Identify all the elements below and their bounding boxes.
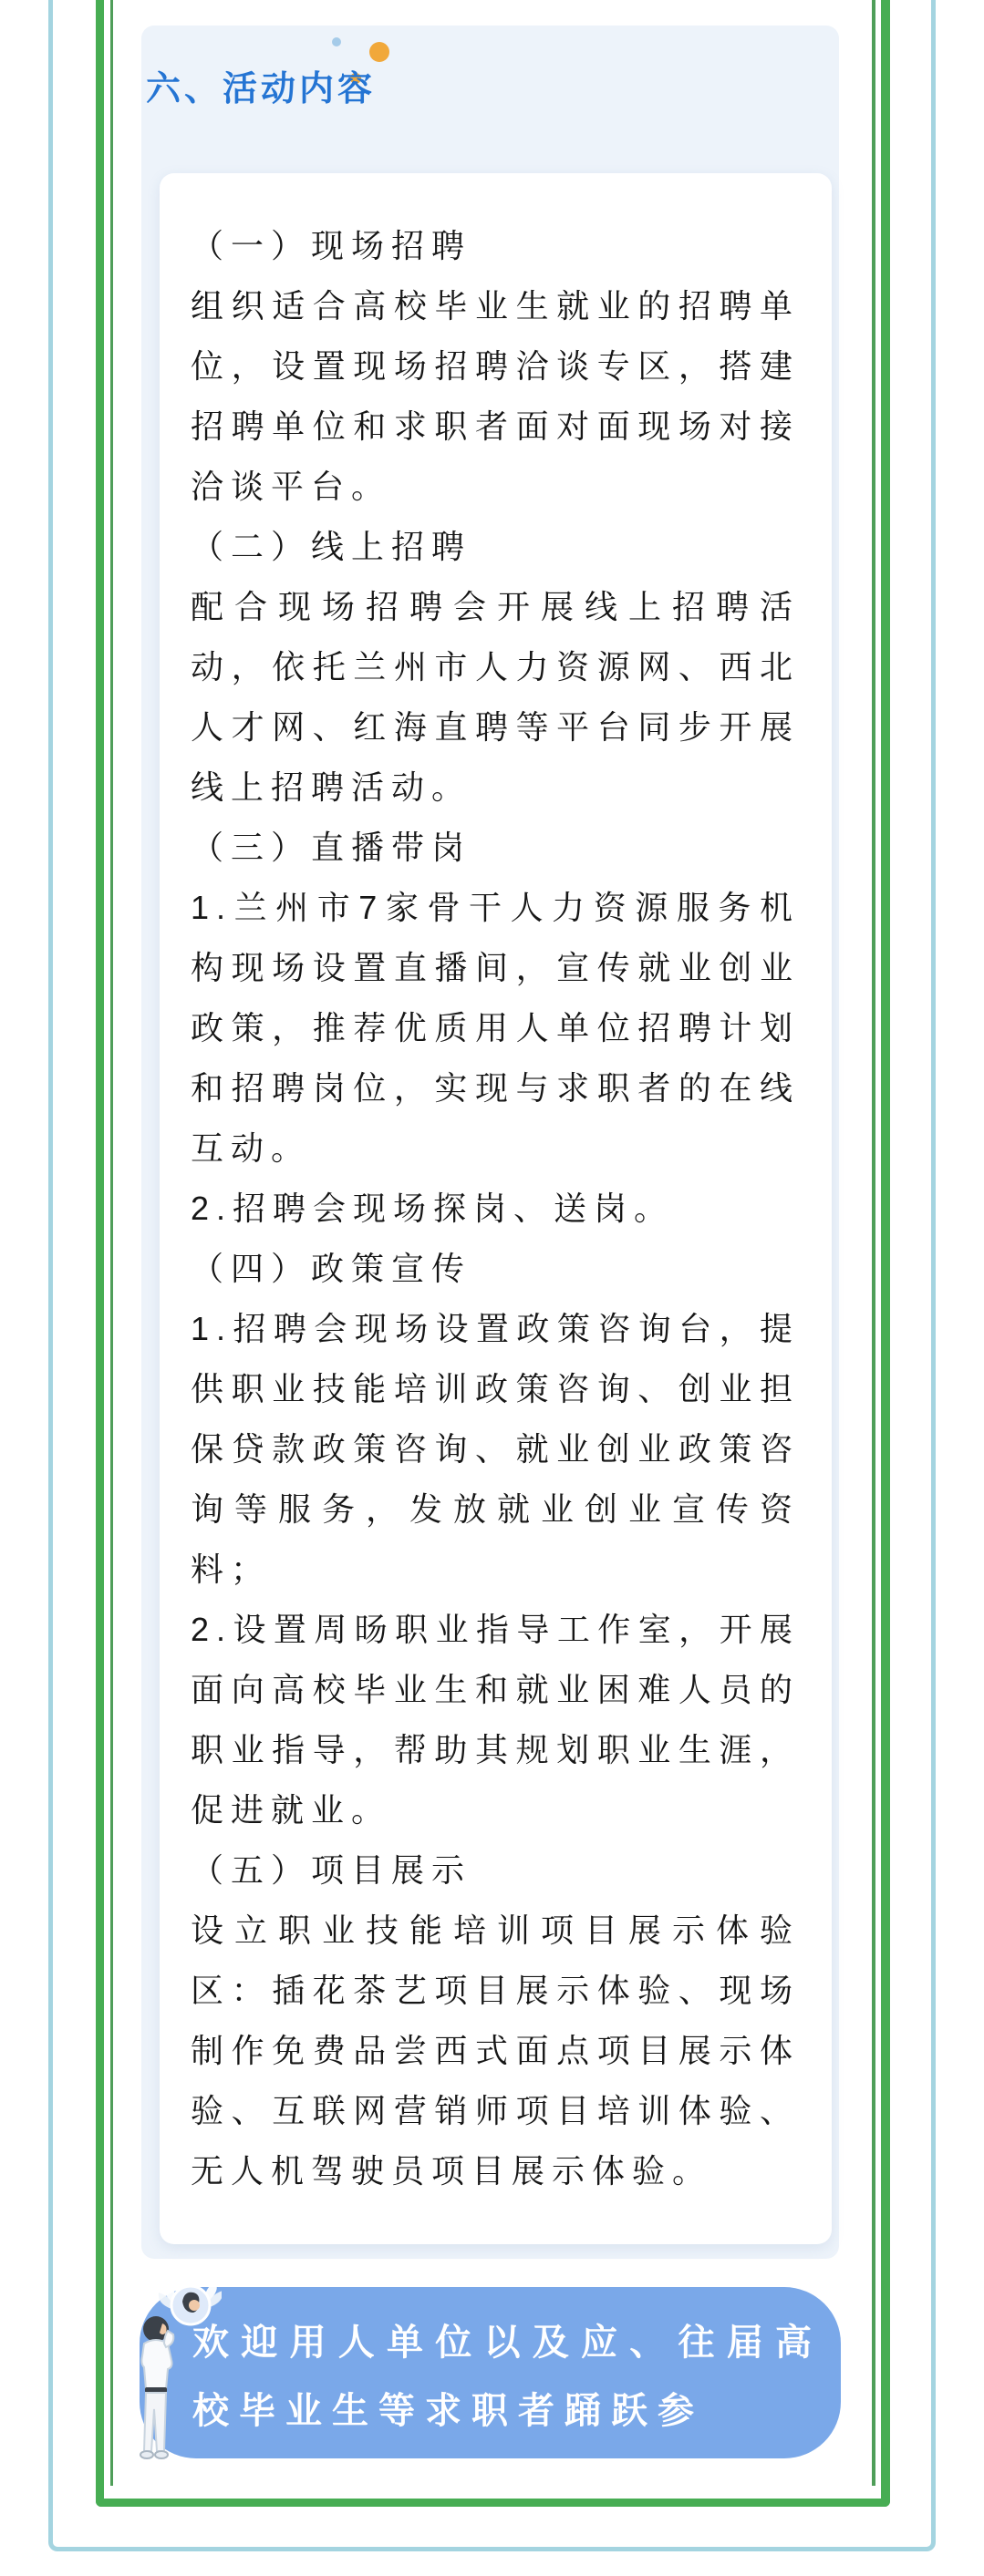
person-icon	[140, 2316, 173, 2458]
winged-badge-icon	[159, 2282, 222, 2324]
paragraph: 组织适合高校毕业生就业的招聘单位，设置现场招聘洽谈专区，搭建招聘单位和求职者面对…	[191, 276, 800, 517]
paragraph: （四）政策宣传	[191, 1239, 800, 1299]
welcome-banner-text: 欢迎用人单位以及应、往届高校毕业生等求职者踊跃参	[192, 2309, 822, 2446]
orange-dot-large-icon	[369, 42, 389, 62]
paragraph: 配合现场招聘会开展线上招聘活动，依托兰州市人力资源网、西北人才网、红海直聘等平台…	[191, 577, 800, 818]
paragraph: 2.设置周旸职业指导工作室，开展面向高校毕业生和就业困难人员的职业指导，帮助其规…	[191, 1600, 800, 1840]
paragraph: （三）直播带岗	[191, 818, 800, 878]
paragraph: （二）线上招聘	[191, 517, 800, 577]
mascot-illustration	[126, 2272, 222, 2473]
paragraph: 1.招聘会现场设置政策咨询台，提供职业技能培训政策咨询、创业担保贷款政策咨询、就…	[191, 1299, 800, 1600]
paragraph: 设立职业技能培训项目展示体验区：插花茶艺项目展示体验、现场制作免费品尝西式面点项…	[191, 1901, 800, 2201]
blue-dot-icon	[332, 37, 341, 46]
article-body: （一）现场招聘组织适合高校毕业生就业的招聘单位，设置现场招聘洽谈专区，搭建招聘单…	[191, 216, 800, 2201]
paragraph: 1.兰州市7家骨干人力资源服务机构现场设置直播间，宣传就业创业政策，推荐优质用人…	[191, 878, 800, 1179]
welcome-banner: 欢迎用人单位以及应、往届高校毕业生等求职者踊跃参	[140, 2287, 841, 2458]
paragraph: （一）现场招聘	[191, 216, 800, 276]
section-title: 六、活动内容	[146, 60, 376, 110]
article-card: （一）现场招聘组织适合高校毕业生就业的招聘单位，设置现场招聘洽谈专区，搭建招聘单…	[160, 173, 832, 2244]
paragraph: 2.招聘会现场探岗、送岗。	[191, 1179, 800, 1239]
article-page: 六、活动内容 （一）现场招聘组织适合高校毕业生就业的招聘单位，设置现场招聘洽谈专…	[0, 0, 984, 2576]
paragraph: （五）项目展示	[191, 1840, 800, 1901]
